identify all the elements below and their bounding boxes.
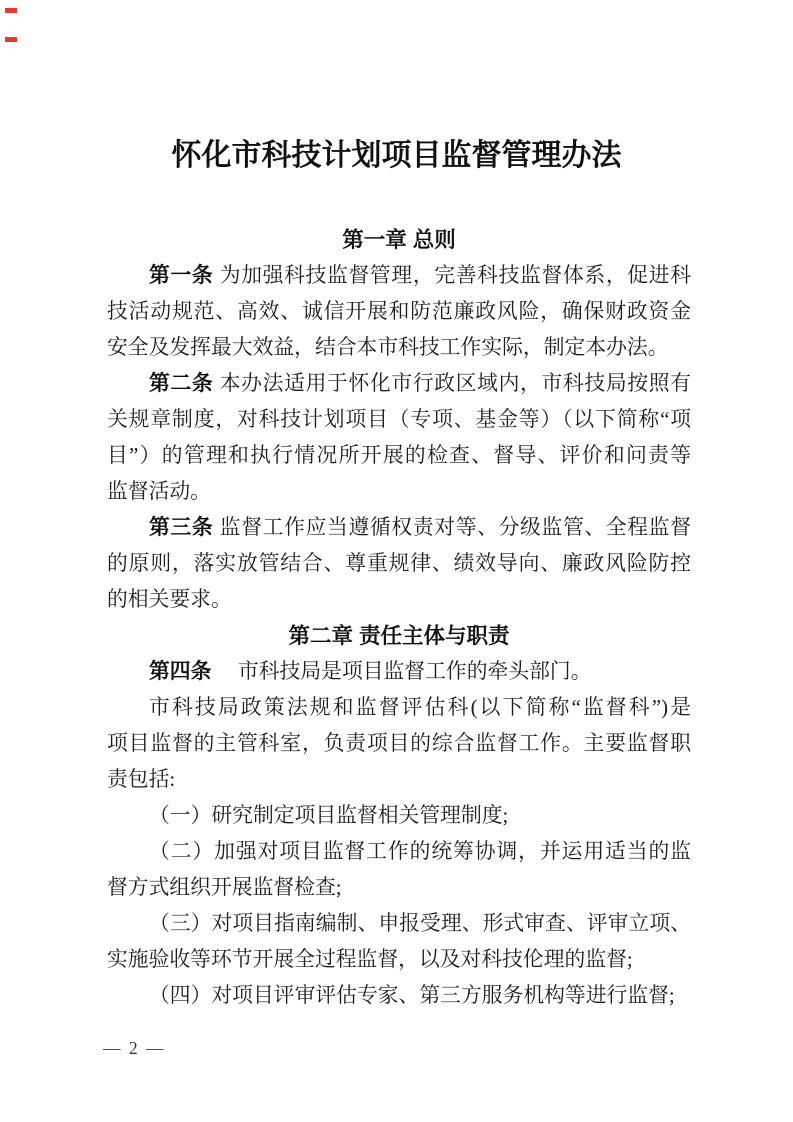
line-text: 为加强科技监督管理，完善科技监督体系，促进科	[220, 264, 691, 287]
paragraph: 第三条 监督工作应当遵循权责对等、分级监管、全程监督的原则，落实放管结合、尊重规…	[107, 510, 691, 618]
paragraph-line: 责包括:	[107, 762, 691, 798]
line-text: 监督工作应当遵循权责对等、分级监管、全程监督	[220, 516, 691, 539]
paragraph-line: 第四条 市科技局是项目监督工作的牵头部门。	[107, 654, 691, 690]
paragraph-line: 第三条 监督工作应当遵循权责对等、分级监管、全程监督	[107, 510, 691, 546]
article-number-label: 第一条	[149, 264, 220, 287]
paragraph-line: 督方式组织开展监督检查;	[107, 870, 691, 906]
article-number-label: 第二条	[149, 372, 220, 395]
paragraph: （三）对项目指南编制、申报受理、形式审查、评审立项、实施验收等环节开展全过程监督…	[107, 906, 691, 978]
paragraph-line: （一）研究制定项目监督相关管理制度;	[107, 798, 691, 834]
paragraph: 市科技局政策法规和监督评估科(以下简称“监督科”)是项目监督的主管科室，负责项目…	[107, 690, 691, 798]
paragraph-line: 技活动规范、高效、诚信开展和防范廉政风险，确保财政资金	[107, 294, 691, 330]
red-corner-mark-top	[5, 8, 17, 13]
paragraph-line: 第一条 为加强科技监督管理，完善科技监督体系，促进科	[107, 258, 691, 294]
article-number-label: 第三条	[149, 516, 220, 539]
paragraph: 第二条 本办法适用于怀化市行政区域内，市科技局按照有关规章制度，对科技计划项目（…	[107, 366, 691, 510]
article-number-label: 第四条	[149, 660, 238, 683]
paragraph-line: 安全及发挥最大效益，结合本市科技工作实际，制定本办法。	[107, 330, 691, 366]
paragraph-line: 的原则，落实放管结合、尊重规律、绩效导向、廉政风险防控	[107, 546, 691, 582]
chapter-heading: 第一章 总则	[107, 222, 691, 258]
document-title: 怀化市科技计划项目监督管理办法	[0, 136, 793, 176]
paragraph-line: （四）对项目评审评估专家、第三方服务机构等进行监督;	[107, 978, 691, 1014]
paragraph-line: 项目监督的主管科室，负责项目的综合监督工作。主要监督职	[107, 726, 691, 762]
line-text: 市科技局是项目监督工作的牵头部门。	[238, 660, 592, 683]
paragraph: 第四条 市科技局是项目监督工作的牵头部门。	[107, 654, 691, 690]
page-footer: — 2 —	[103, 1038, 166, 1059]
red-corner-mark-bottom	[5, 37, 17, 42]
paragraph-line: （二）加强对项目监督工作的统筹协调，并运用适当的监	[107, 834, 691, 870]
paragraph-line: 关规章制度，对科技计划项目（专项、基金等）（以下简称“项	[107, 402, 691, 438]
paragraph-line: 目”）的管理和执行情况所开展的检查、督导、评价和问责等	[107, 438, 691, 474]
page-number: — 2 —	[103, 1038, 166, 1058]
paragraph: （一）研究制定项目监督相关管理制度;	[107, 798, 691, 834]
paragraph-line: 第二条 本办法适用于怀化市行政区域内，市科技局按照有	[107, 366, 691, 402]
paragraph-line: （三）对项目指南编制、申报受理、形式审查、评审立项、	[107, 906, 691, 942]
line-text: 本办法适用于怀化市行政区域内，市科技局按照有	[220, 372, 691, 395]
document-page: 怀化市科技计划项目监督管理办法 第一章 总则第一条 为加强科技监督管理，完善科技…	[0, 0, 793, 1122]
paragraph: 第一条 为加强科技监督管理，完善科技监督体系，促进科技活动规范、高效、诚信开展和…	[107, 258, 691, 366]
paragraph-line: 市科技局政策法规和监督评估科(以下简称“监督科”)是	[107, 690, 691, 726]
paragraph-line: 的相关要求。	[107, 582, 691, 618]
paragraph: （四）对项目评审评估专家、第三方服务机构等进行监督;	[107, 978, 691, 1014]
paragraph-line: 实施验收等环节开展全过程监督，以及对科技伦理的监督;	[107, 942, 691, 978]
document-body: 第一章 总则第一条 为加强科技监督管理，完善科技监督体系，促进科技活动规范、高效…	[107, 222, 691, 1014]
chapter-heading: 第二章 责任主体与职责	[107, 618, 691, 654]
paragraph: （二）加强对项目监督工作的统筹协调，并运用适当的监督方式组织开展监督检查;	[107, 834, 691, 906]
paragraph-line: 监督活动。	[107, 474, 691, 510]
